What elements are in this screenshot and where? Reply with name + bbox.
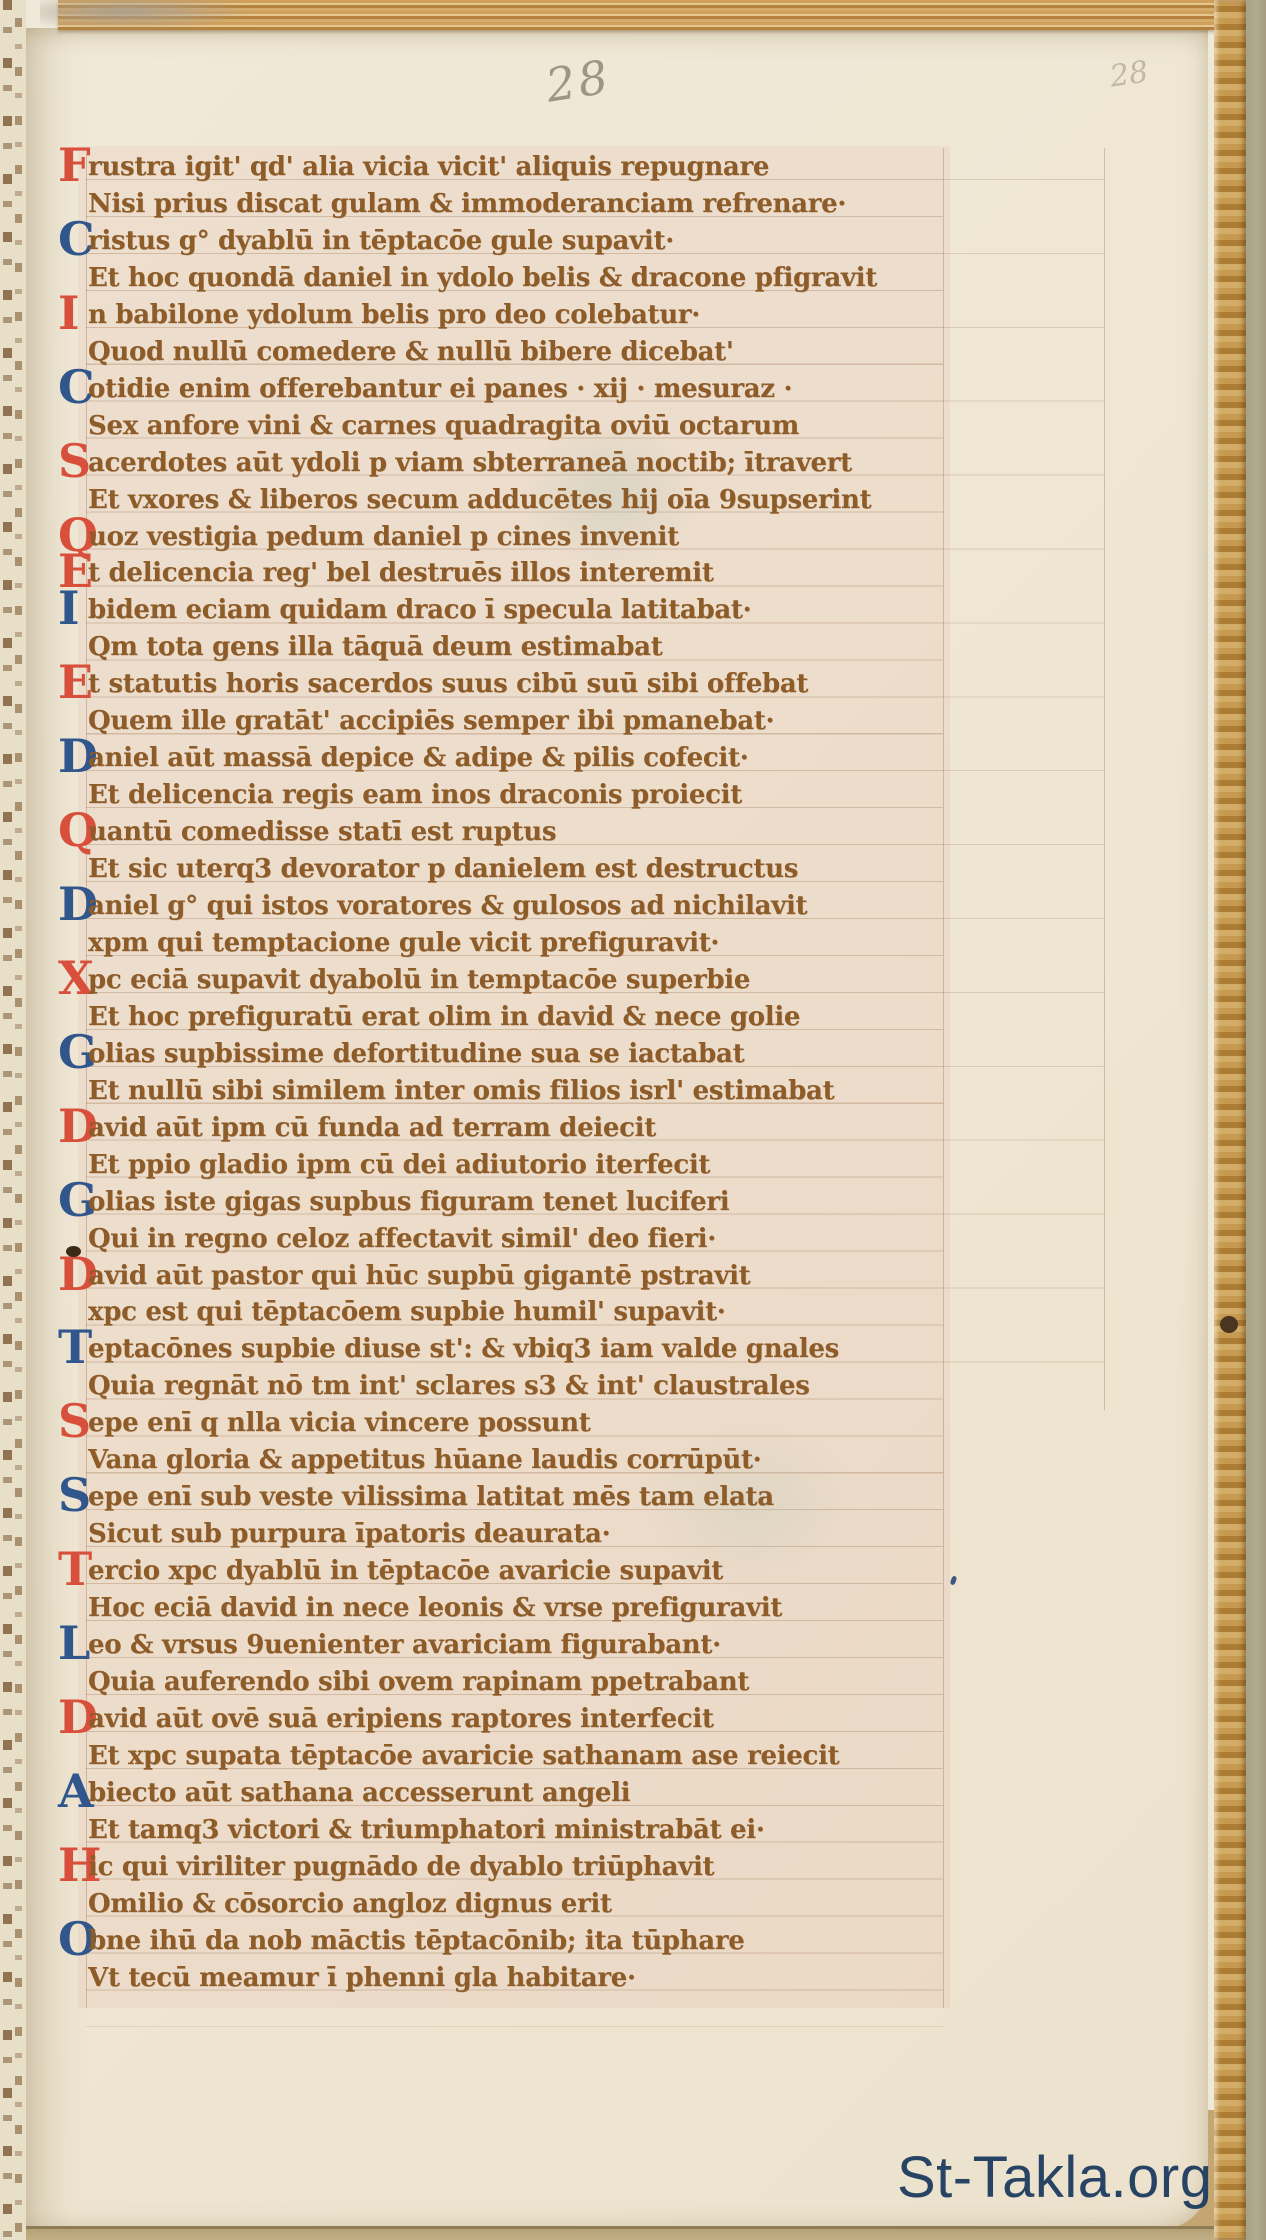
line-text: t statutis horis sacerdos suus cibū suū … [88, 669, 808, 699]
line-text: Quia regnāt nō tm int' sclares s3 & int'… [88, 1371, 810, 1401]
line-text: Et xpc supata tēptacōe avaricie sathanam… [88, 1741, 839, 1771]
line-text: Et sic uterq3 devorator p danielem est d… [88, 854, 798, 884]
ink-blot [66, 1246, 81, 1257]
line-text: bne ihū da nob māctis tēptacōnib; ita tū… [88, 1926, 744, 1956]
line-text: Qui in regno celoz affectavit simil' deo… [88, 1224, 716, 1254]
folio-number-corner: 28 [1108, 57, 1150, 92]
line-text: Sicut sub purpura īpatoris deaurata· [88, 1519, 610, 1549]
watermark: St-Takla.org [897, 2146, 1212, 2210]
illuminated-initial: G [58, 1187, 84, 1213]
text-block: Frustra igit' qd' alia vicia vicit' aliq… [0, 0, 1266, 2240]
line-text: Et nullū sibi similem inter omis filios … [88, 1076, 834, 1106]
line-text: ristus g° dyablū in tēptacōe gule supavi… [88, 226, 674, 256]
illuminated-initial: O [58, 1926, 84, 1952]
line-text: epe enī q nlla vicia vincere possunt [88, 1408, 590, 1438]
line-text: Nisi prius discat gulam & immoderanciam … [88, 189, 846, 219]
line-text: avid aūt pastor qui hūc supbū gigantē ps… [88, 1261, 750, 1291]
line-text: bidem eciam quidam draco ī specula latit… [88, 595, 751, 625]
line-text: uantū comedisse statī est ruptus [88, 817, 556, 847]
illuminated-initial: T [58, 1556, 84, 1582]
illuminated-initial: S [58, 1482, 84, 1508]
line-text: Et delicencia regis eam inos draconis pr… [88, 780, 742, 810]
illuminated-initial: H [58, 1852, 84, 1878]
manuscript-photo: 28 28 Frustra igit' qd' alia vicia vicit… [0, 0, 1266, 2240]
line-text: avid aūt ovē suā eripiens raptores inter… [88, 1704, 714, 1734]
line-text: Quem ille gratāt' accipiēs semper ibi pm… [88, 706, 774, 736]
illuminated-initial: C [58, 226, 84, 252]
illuminated-initial: I [58, 300, 84, 326]
line-text: Qm tota gens illa tāquā deum estimabat [88, 632, 662, 662]
illuminated-initial: T [58, 1334, 84, 1360]
line-text: uoz vestigia pedum daniel p cines inveni… [88, 522, 679, 552]
illuminated-initial: X [58, 965, 84, 991]
line-text: Sex anfore vini & carnes quadragita oviū… [88, 411, 799, 441]
illuminated-initial: E [58, 669, 84, 695]
line-text: biecto aūt sathana accesserunt angeli [88, 1778, 630, 1808]
line-text: Vana gloria & appetitus hūane laudis cor… [88, 1445, 761, 1475]
illuminated-initial: S [58, 1408, 84, 1434]
illuminated-initial: D [58, 1261, 84, 1287]
illuminated-initial: I [58, 595, 84, 621]
illuminated-initial: Q [58, 817, 84, 843]
folio-number-pencil: 28 [543, 53, 614, 109]
illuminated-initial: F [58, 152, 84, 178]
line-text: t delicencia reg' bel destruēs illos int… [88, 558, 714, 588]
line-text: Et ppio gladio ipm cū dei adiutorio iter… [88, 1150, 710, 1180]
illuminated-initial: G [58, 1039, 84, 1065]
line-text: n babilone ydolum belis pro deo colebatu… [88, 300, 700, 330]
illuminated-initial: A [58, 1778, 84, 1804]
illuminated-initial: D [58, 1113, 84, 1139]
line-text: pc eciā supavit dyabolū in temptacōe sup… [88, 965, 750, 995]
line-text: ercio xpc dyablū in tēptacōe avaricie su… [88, 1556, 723, 1586]
illuminated-initial: D [58, 743, 84, 769]
line-text: eptacōnes supbie diuse st': & vbiq3 iam … [88, 1334, 839, 1364]
illuminated-initial: S [58, 448, 84, 474]
line-text: eo & vrsus 9uenienter avariciam figuraba… [88, 1630, 721, 1660]
line-text: Et tamq3 victori & triumphatori ministra… [88, 1815, 765, 1845]
line-text: epe enī sub veste vilissima latitat mēs … [88, 1482, 774, 1512]
line-text: Quia auferendo sibi ovem rapinam ppetrab… [88, 1667, 749, 1697]
line-text: aniel aūt massā depice & adipe & pilis c… [88, 743, 748, 773]
edge-blot [1220, 1316, 1238, 1333]
line-text: xpc est qui tēptacōem supbie humil' supa… [88, 1297, 726, 1327]
line-text: xpm qui temptacione gule vicit prefigura… [88, 928, 719, 958]
line-text: Et hoc quondā daniel in ydolo belis & dr… [88, 263, 877, 293]
illuminated-initial: L [58, 1630, 84, 1656]
line-text: olias iste gigas supbus figuram tenet lu… [88, 1187, 729, 1217]
illuminated-initial: C [58, 374, 84, 400]
line-text: Hoc eciā david in nece leonis & vrse pre… [88, 1593, 782, 1623]
line-text: olias supbissime defortitudine sua se ia… [88, 1039, 744, 1069]
line-text: rustra igit' qd' alia vicia vicit' aliqu… [88, 152, 769, 182]
illuminated-initial: D [58, 1704, 84, 1730]
line-text: otidie enim offerebantur ei panes · xij … [88, 374, 792, 404]
illuminated-initial: D [58, 891, 84, 917]
line-text: aniel g° qui istos voratores & gulosos a… [88, 891, 807, 921]
line-text: Et vxores & liberos secum adducētes hij … [88, 485, 871, 515]
line-text: acerdotes aūt ydoli p viam sbterraneā no… [88, 448, 852, 478]
line-text: avid aūt ipm cū funda ad terram deiecit [88, 1113, 656, 1143]
line-text: ic qui viriliter pugnādo de dyablo triūp… [88, 1852, 714, 1882]
line-text: Et hoc prefiguratū erat olim in david & … [88, 1002, 800, 1032]
line-text: Quod nullū comedere & nullū bibere diceb… [88, 337, 734, 367]
line-text: Vt tecū meamur ī phenni gla habitare· [88, 1963, 636, 1993]
line-text: Omilio & cōsorcio angloz dignus erit [88, 1889, 612, 1919]
